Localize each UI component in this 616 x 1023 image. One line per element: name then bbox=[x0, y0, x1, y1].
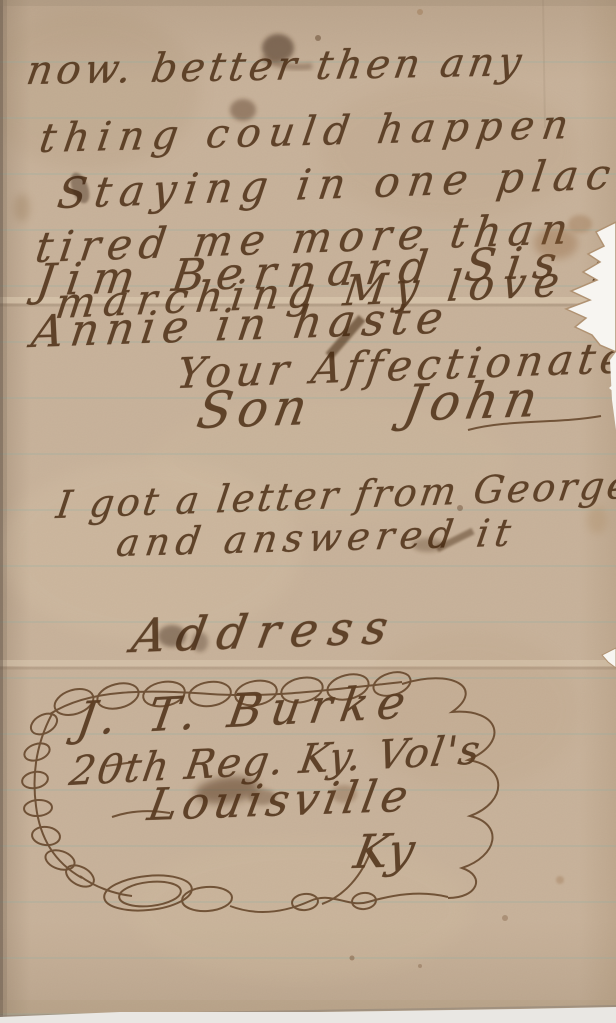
address-line-city: Louisville bbox=[143, 771, 417, 831]
letter-scan-page: now. better then any thing could happen … bbox=[0, 0, 616, 1023]
signature-line: Son John bbox=[193, 369, 548, 440]
address-line-state: Ky bbox=[349, 823, 421, 879]
